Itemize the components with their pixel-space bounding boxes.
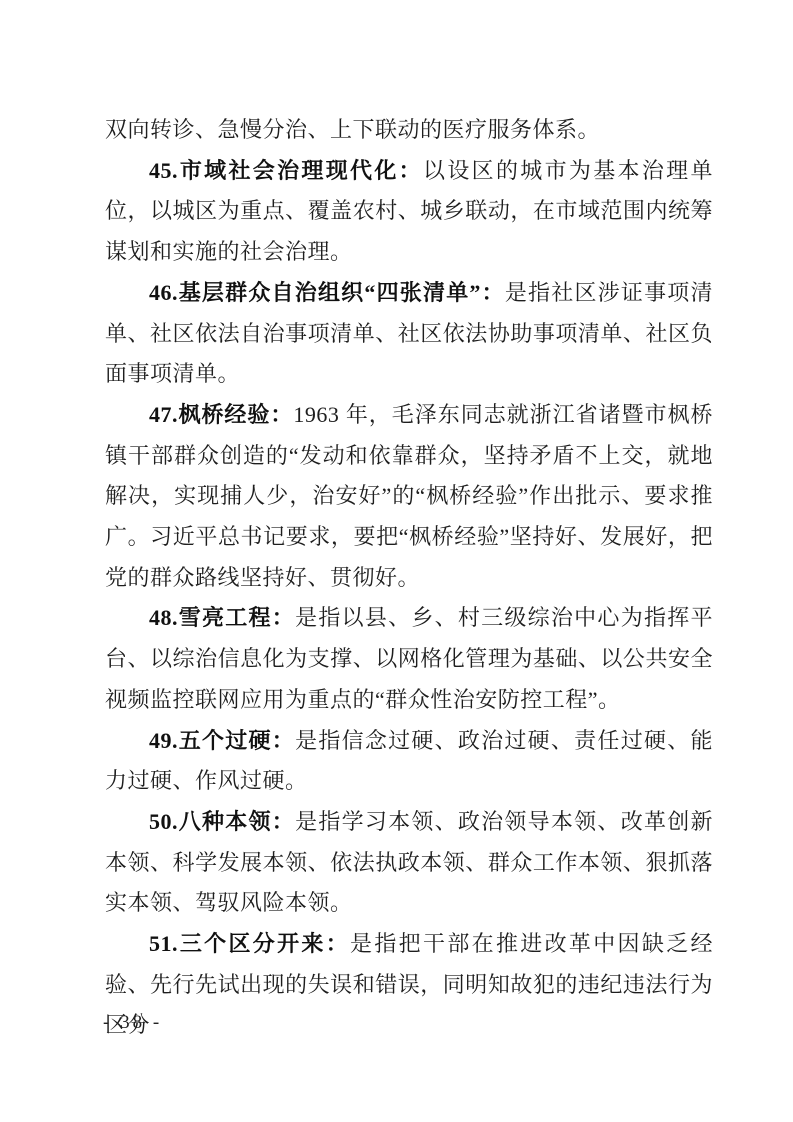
entry-term-50: 50.八种本领： [149,809,295,834]
definition-entry-45: 45.市域社会治理现代化：以设区的城市为基本治理单位，以城区为重点、覆盖农村、城… [105,151,713,273]
definition-entry-47: 47.枫桥经验：1963 年，毛泽东同志就浙江省诸暨市枫桥镇干部群众创造的“发动… [105,395,713,599]
entry-text-47: 1963 年，毛泽东同志就浙江省诸暨市枫桥镇干部群众创造的“发动和依靠群众，坚持… [105,402,713,590]
text-block: 双向转诊、急慢分治、上下联动的医疗服务体系。 45.市域社会治理现代化：以设区的… [105,110,713,1046]
definition-entry-50: 50.八种本领：是指学习本领、政治领导本领、改革创新本领、科学发展本领、依法执政… [105,802,713,924]
paragraph-continuation: 双向转诊、急慢分治、上下联动的医疗服务体系。 [105,110,713,151]
entry-term-51: 51.三个区分开来： [149,931,350,956]
page-number: - 38 - [103,1012,162,1034]
definition-entry-48: 48.雪亮工程：是指以县、乡、村三级综治中心为指挥平台、以综治信息化为支撑、以网… [105,598,713,720]
entry-term-45: 45.市域社会治理现代化： [149,158,423,183]
definition-entry-46: 46.基层群众自治组织“四张清单”：是指社区涉证事项清单、社区依法自治事项清单、… [105,273,713,395]
definition-entry-49: 49.五个过硬：是指信念过硬、政治过硬、责任过硬、能力过硬、作风过硬。 [105,721,713,802]
entry-term-49: 49.五个过硬： [149,728,295,753]
document-page: 双向转诊、急慢分治、上下联动的医疗服务体系。 45.市域社会治理现代化：以设区的… [0,0,793,1122]
entry-term-47: 47.枫桥经验： [149,402,293,427]
definition-entry-51: 51.三个区分开来：是指把干部在推进改革中因缺乏经验、先行先试出现的失误和错误，… [105,924,713,1046]
entry-term-48: 48.雪亮工程： [149,605,295,630]
entry-term-46: 46.基层群众自治组织“四张清单”： [149,280,505,305]
